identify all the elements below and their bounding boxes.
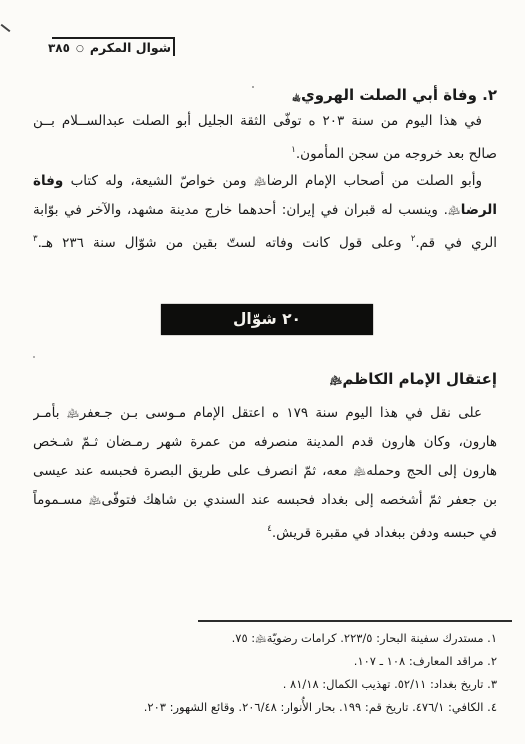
scan-artifact [33, 356, 35, 358]
book-page: شوال المكرم○٣٨٥ ٢. وفاة أبي الصلت الهروي… [0, 0, 525, 744]
scan-artifact [252, 86, 254, 88]
footnote-2: ٢. مراقد المعارف: ١٠٨ ـ ١٠٧. [33, 650, 497, 673]
page-number: ٣٨٥ [48, 41, 70, 55]
scan-artifact [1, 24, 11, 32]
text-line: صالح بعد خروجه من سجن المأمون.١ [33, 136, 497, 165]
date-banner: ٢٠ شوّال [161, 304, 373, 335]
date-banner-label: ٢٠ شوّال [233, 310, 301, 328]
text-line: على نقل في هذا اليوم سنة ١٧٩ ه اعتقل الإ… [33, 399, 497, 428]
text-line: الرضا﵇. وينسب له قبران في إيران: أحدهما … [33, 196, 497, 225]
running-header: شوال المكرم○٣٨٥ [48, 40, 171, 58]
footnote-1: ١. مستدرك سفينة البحار: ٢٢٣/٥. كرامات رض… [33, 627, 497, 650]
footnote-3: ٣. تاريخ بغداد: ٥٢/١١. تهذيب الكمال: ٨١/… [33, 673, 497, 696]
footnotes: ١. مستدرك سفينة البحار: ٢٢٣/٥. كرامات رض… [33, 627, 497, 719]
paragraph-death-abi-alsalt: في هذا اليوم من سنة ٢٠٣ ه توفّى الثقة ال… [33, 107, 497, 165]
header-rule-horizontal [52, 37, 175, 39]
text-line: هارون إلى الحج وحمله﵇ معه، ثمّ انصرف على… [33, 457, 497, 486]
footnote-4: ٤. الكافي: ٤٧٦/١. تاريخ قم: ١٩٩. بحار ال… [33, 696, 497, 719]
paragraph-abu-alsalt-companion: وأبو الصلت من أصحاب الإمام الرضا﵇ ومن خو… [33, 167, 497, 254]
text-line: وأبو الصلت من أصحاب الإمام الرضا﵇ ومن خو… [33, 167, 497, 196]
header-rule-vertical [173, 37, 175, 56]
footnote-separator [198, 620, 512, 622]
text-line: في حبسه ودفن ببغداد في مقبرة قريش.٤ [33, 515, 497, 544]
paragraph-arrest-imam-kazim: على نقل في هذا اليوم سنة ١٧٩ ه اعتقل الإ… [33, 399, 497, 544]
separator-circle-icon: ○ [76, 44, 84, 54]
text-line: هارون، وكان هارون قدم المدينة منصرفه من … [33, 428, 497, 457]
text-line: في هذا اليوم من سنة ٢٠٣ ه توفّى الثقة ال… [33, 107, 497, 136]
section-heading-wafat-abi-alsalt: ٢. وفاة أبي الصلت الهروي﵀ [33, 85, 497, 108]
section-heading-arrest-imam-kazim: إعتقال الإمام الكاظم﵇ [33, 369, 497, 392]
text-line: بن جعفر ثمّ أشخصه إلى بغداد فحبسه عند ال… [33, 486, 497, 515]
text-line: الري في قم.٢ وعلى قول كانت وفاته لستّ بق… [33, 225, 497, 254]
chapter-title: شوال المكرم [90, 40, 171, 55]
